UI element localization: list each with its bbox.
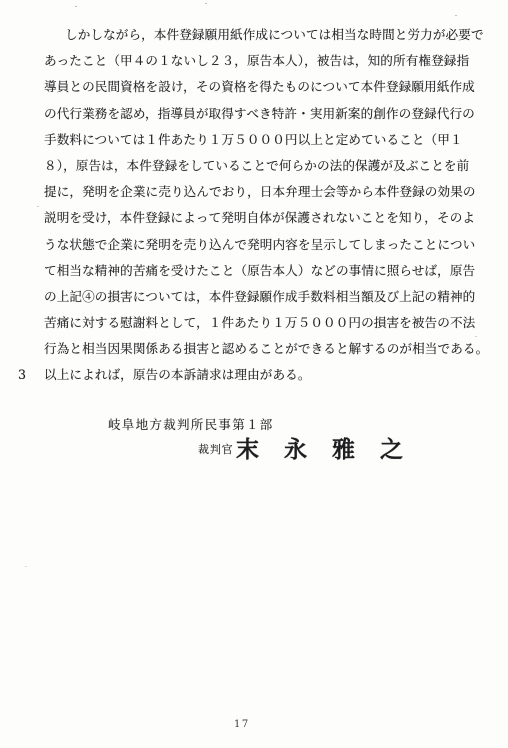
body-text-line: 行為と相当因果関係ある損害と認めることができると解するのが相当である。 [44,336,490,362]
body-text-line: 提に，発明を企業に売り込んでおり，日本弁理士会等から本件登録の効果の [44,179,490,205]
body-text-line: 手数料については１件あたり１万５０００円以上と定めていること（甲１ [44,127,490,153]
body-text-line: の上記④の損害については，本件登録願作成手数料相当額及び上記の精神的 [44,284,490,310]
judge-title: 裁判官 [198,443,233,456]
court-name: 岐阜地方裁判所民事第１部 [108,417,274,433]
body-text-line: 説明を受け，本件登録によって発明自体が保護されないことを知り，そのよ [44,205,490,231]
list-item-3: 3 以上によれば，原告の本訴請求は理由がある。 [44,362,490,388]
body-text-line: しかしながら，本件登録願用紙作成については相当な時間と労力が必要で [44,22,490,48]
body-text-line: 苦痛に対する慰謝料として，１件あたり１万５０００円の損害を被告の不法 [44,310,490,336]
judge-name: 末 永 雅 之 [236,436,404,463]
body-text-line: て相当な精神的苦痛を受けたこと（原告本人）などの事情に照らせば，原告 [44,258,490,284]
body-text-line: うな状態で企業に発明を売り込んで発明内容を呈示してしまったことについ [44,232,490,258]
body-text-line: の代行業務を認め，指導員が取得すべき特許・実用新案的創作の登録代行の [44,101,490,127]
body-text-line: あったこと（甲４の１ないし２３，原告本人），被告は，知的所有権登録指 [44,48,490,74]
judgment-body-text: しかしながら，本件登録願用紙作成については相当な時間と労力が必要で あったこと（… [44,22,490,389]
item-number: 3 [18,362,26,388]
body-text-line: ８），原告は，本件登録をしていることで何らかの法的保護が及ぶことを前 [44,153,490,179]
scan-noise-specks [75,6,77,7]
item-text: 以上によれば，原告の本訴請求は理由がある。 [44,367,311,382]
document-page: しかしながら，本件登録願用紙作成については相当な時間と労力が必要で あったこと（… [0,0,508,748]
page-number: 17 [234,719,250,730]
body-text-line: 導員との民間資格を設け，その資格を得たものについて本件登録願用紙作成 [44,74,490,100]
